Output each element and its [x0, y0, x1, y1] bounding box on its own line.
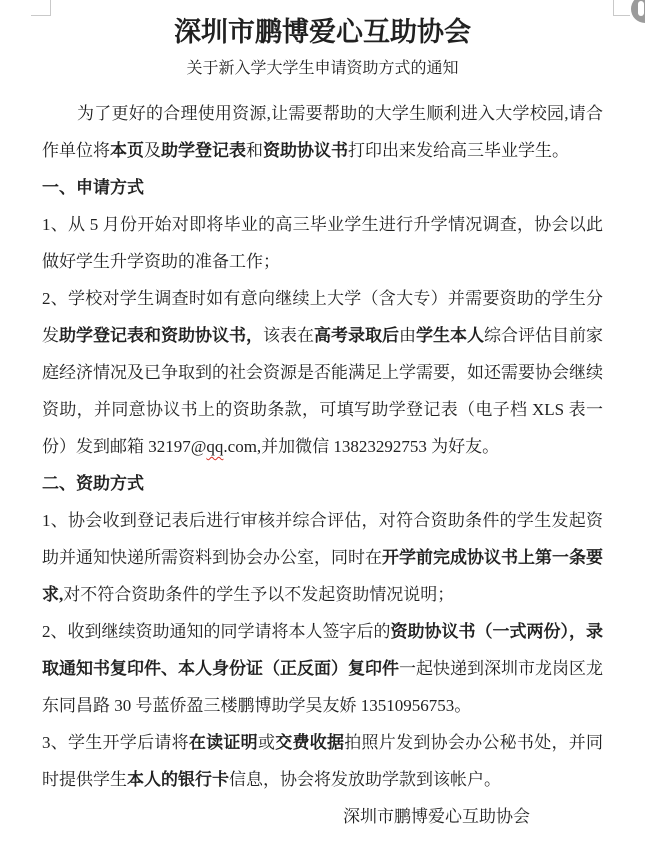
bold-text-segment: 二、资助方式 — [42, 474, 144, 493]
bold-text-segment: 助学登记表 — [161, 141, 246, 160]
paragraph: 2、学校对学生调查时如有意向继续上大学（含大专）并需要资助的学生分发助学登记表和… — [42, 280, 603, 465]
text-segment: 2、收到继续资助通知的同学请将本人签字后的 — [42, 622, 391, 641]
paragraph: 1、从 5 月份开始对即将毕业的高三毕业学生进行升学情况调查，协会以此做好学生升… — [42, 206, 603, 280]
text-segment: 由 — [399, 326, 416, 345]
text-segment: 及 — [144, 141, 161, 160]
document-subtitle: 关于新入学大学生申请资助方式的通知 — [42, 54, 603, 84]
section-heading: 一、申请方式 — [42, 169, 603, 206]
text-segment: 3、学生开学后请将 — [42, 733, 189, 752]
bold-text-segment: 资助协议书 — [263, 141, 348, 160]
bold-text-segment: 本页 — [110, 141, 144, 160]
bold-text-segment: 在读证明 — [189, 733, 258, 752]
bold-text-segment: 高考录取后 — [314, 326, 399, 345]
document-page: 深圳市鹏博爱心互助协会 关于新入学大学生申请资助方式的通知 为了更好的合理使用资… — [42, 12, 603, 835]
text-segment: 1、从 5 月份开始对即将毕业的高三毕业学生进行升学情况调查，协会以此做好学生升… — [42, 215, 603, 271]
bold-text-segment: 助学登记表和资助协议书， — [59, 326, 263, 345]
text-segment: 该表在 — [263, 326, 314, 345]
bold-text-segment: 一、申请方式 — [42, 178, 144, 197]
text-segment: 信息，协会将发放助学款到该帐户。 — [229, 770, 501, 789]
floating-side-button-icon — [638, 1, 644, 16]
section-heading: 二、资助方式 — [42, 465, 603, 502]
bold-text-segment: 学生本人 — [416, 326, 484, 345]
text-segment: .com,并加微信 13823292753 为好友。 — [223, 437, 499, 456]
floating-side-button[interactable] — [631, 0, 645, 23]
text-segment: 对不符合资助条件的学生予以不发起资助情况说明； — [63, 585, 454, 604]
paragraph: 2、收到继续资助通知的同学请将本人签字后的资助协议书（一式两份），录取通知书复印… — [42, 613, 603, 724]
document-title: 深圳市鹏博爱心互助协会 — [42, 14, 603, 50]
text-segment: 或 — [258, 733, 275, 752]
page-margin-corner-mark-top-right — [613, 0, 630, 16]
document-body: 为了更好的合理使用资源,让需要帮助的大学生顺利进入大学校园,请合作单位将本页及助… — [42, 95, 603, 798]
spellcheck-flagged-text: qq — [206, 437, 223, 456]
bold-text-segment: 交费收据 — [275, 733, 344, 752]
text-segment: 打印出来发给高三毕业学生。 — [348, 141, 569, 160]
paragraph: 1、协会收到登记表后进行审核并综合评估，对符合资助条件的学生发起资助并通知快递所… — [42, 502, 603, 613]
paragraph: 3、学生开学后请将在读证明或交费收据拍照片发到协会办公秘书处，并同时提供学生本人… — [42, 724, 603, 798]
bold-text-segment: 本人的银行卡 — [127, 770, 229, 789]
signature-line: 深圳市鹏博爱心互助协会 — [42, 798, 603, 835]
paragraph: 为了更好的合理使用资源,让需要帮助的大学生顺利进入大学校园,请合作单位将本页及助… — [42, 95, 603, 169]
text-segment: 和 — [246, 141, 263, 160]
